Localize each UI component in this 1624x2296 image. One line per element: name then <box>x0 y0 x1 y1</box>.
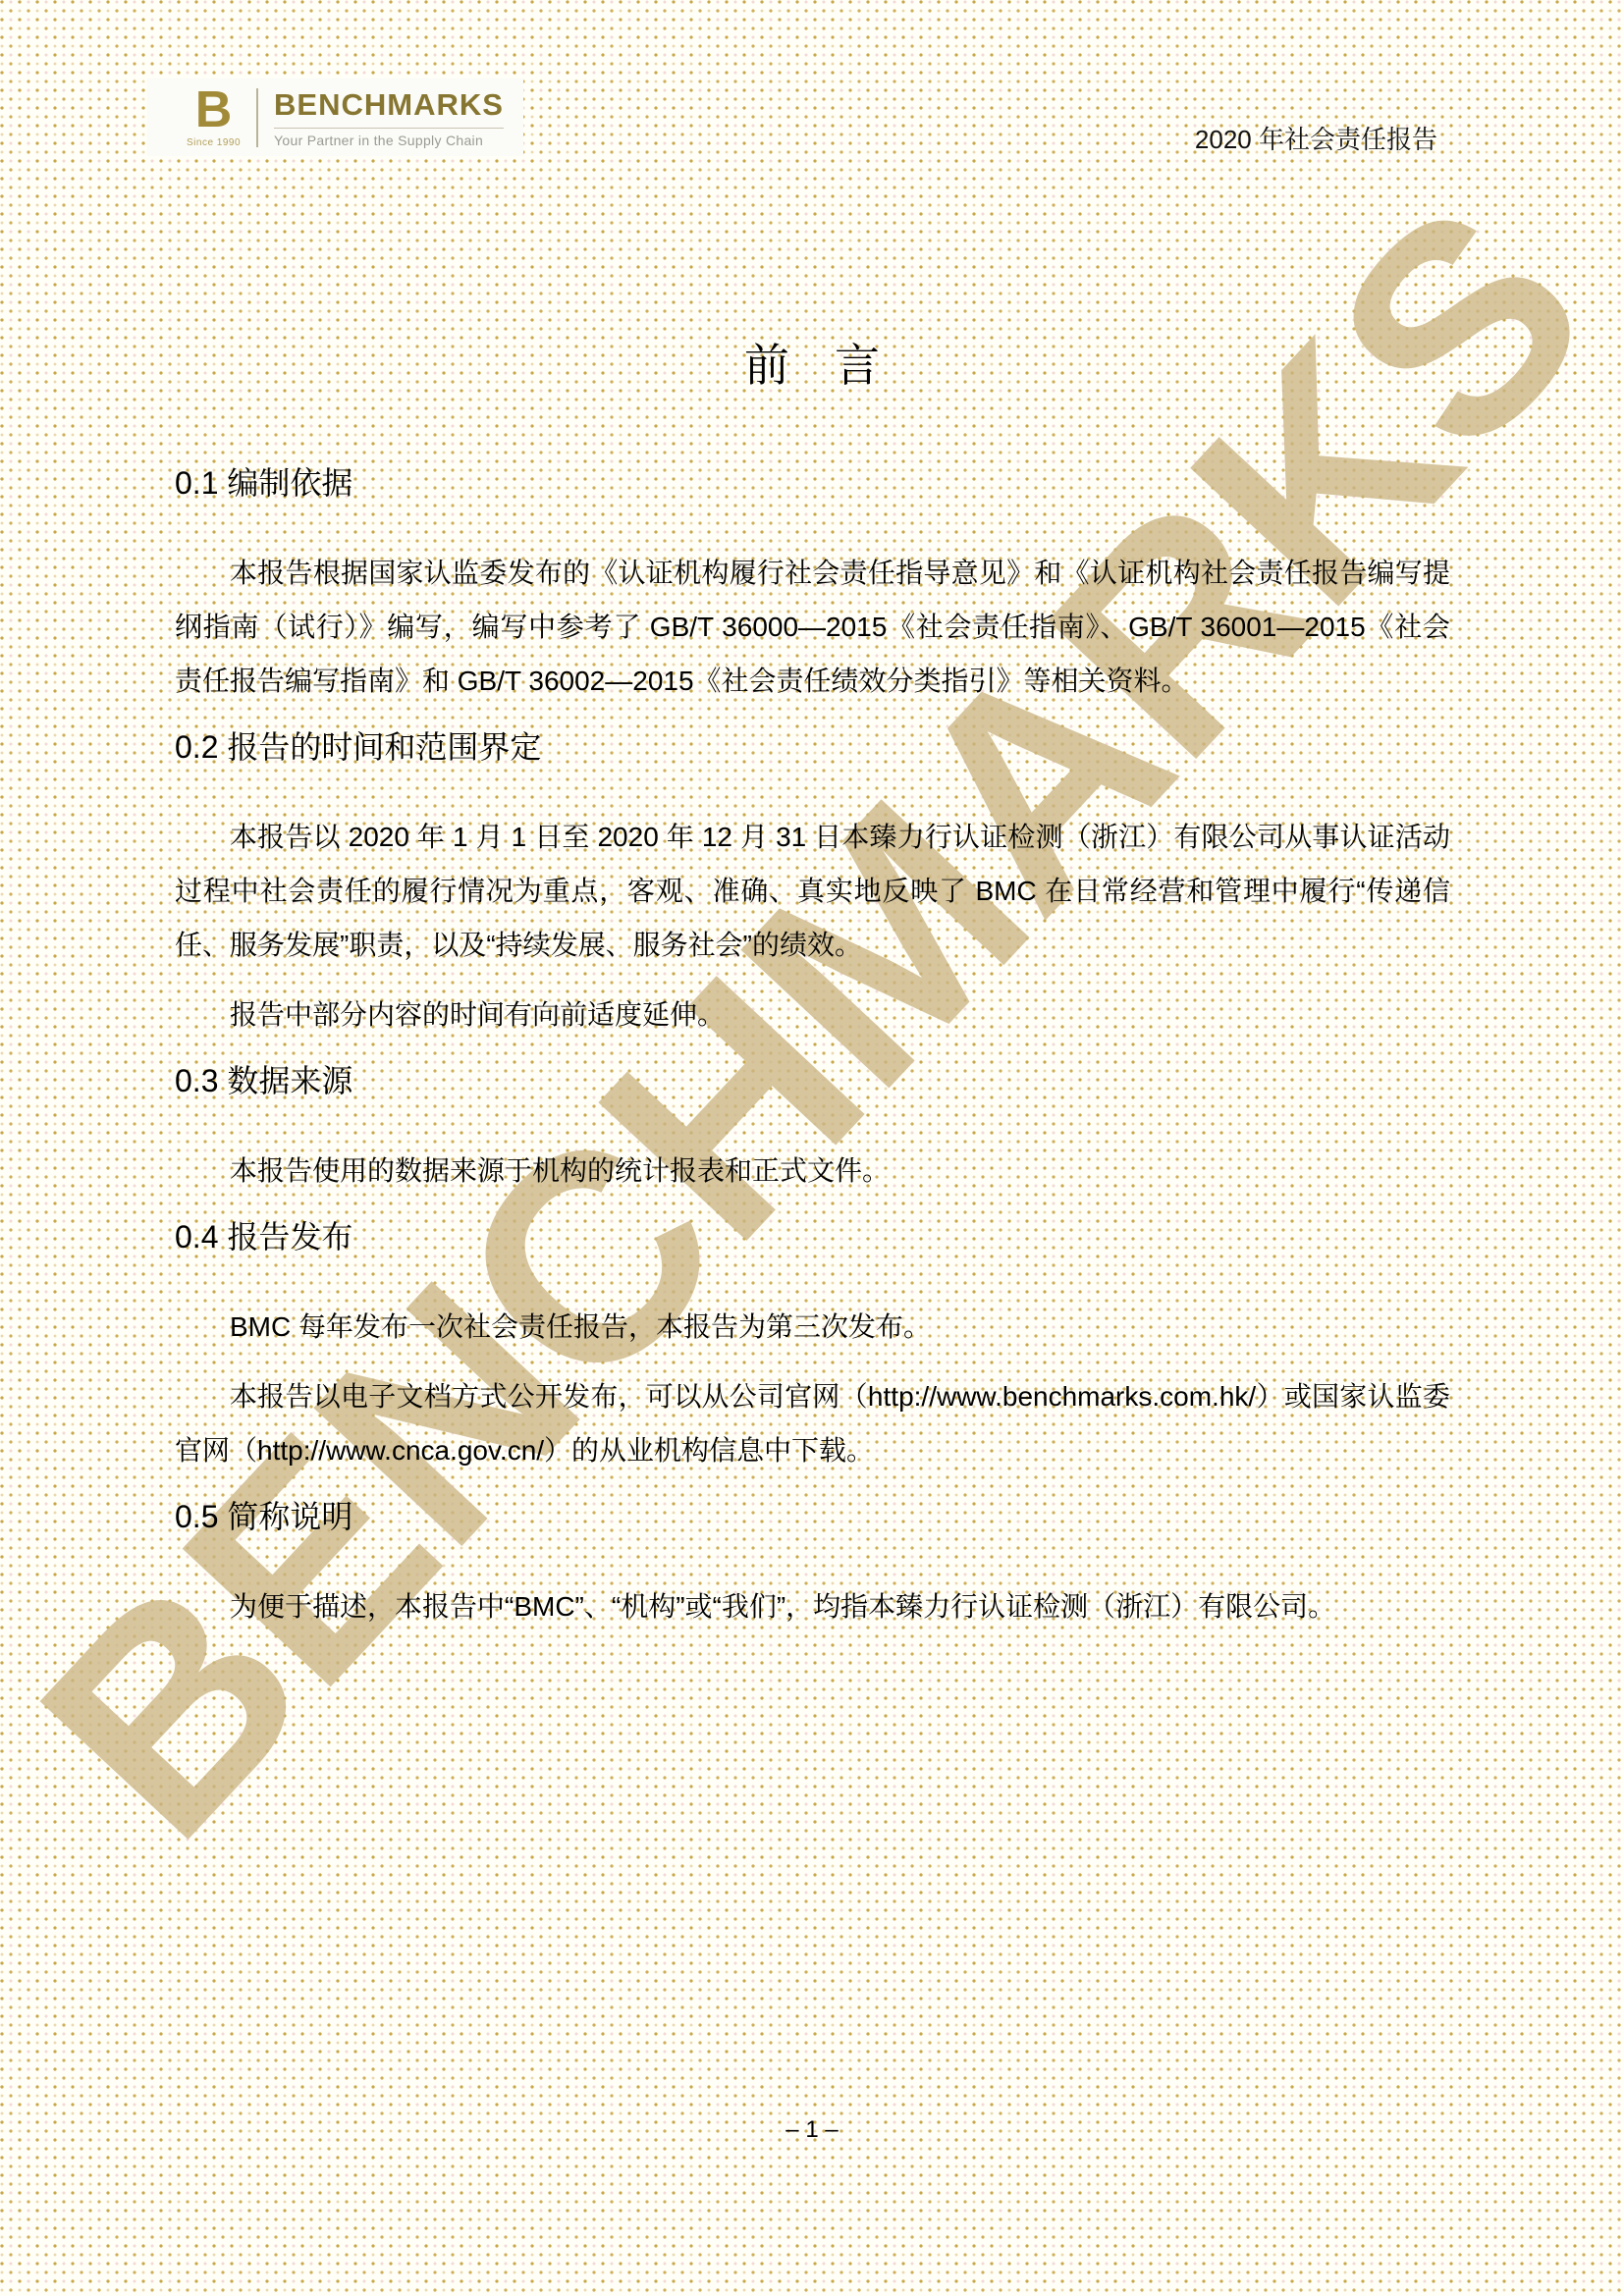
section-0-5: 0.5 简称说明 为便于描述，本报告中“BMC”、“机构”或“我们”，均指本臻力… <box>175 1495 1450 1633</box>
logo-tagline: Your Partner in the Supply Chain <box>274 133 504 148</box>
section-heading: 0.1 编制依据 <box>175 461 1450 505</box>
paragraph: 本报告以 2020 年 1 月 1 日至 2020 年 12 月 31 日本臻力… <box>175 810 1450 972</box>
preface-content: 0.1 编制依据 本报告根据国家认监委发布的《认证机构履行社会责任指导意见》和《… <box>175 461 1450 1651</box>
benchmarks-logo: B Since 1990 BENCHMARKS Your Partner in … <box>147 79 523 156</box>
section-0-1: 0.1 编制依据 本报告根据国家认监委发布的《认证机构履行社会责任指导意见》和《… <box>175 461 1450 708</box>
report-page: BENCHMARKS B Since 1990 BENCHMARKS Your … <box>0 0 1624 2296</box>
paragraph: 为便于描述，本报告中“BMC”、“机构”或“我们”，均指本臻力行认证检测（浙江）… <box>175 1579 1450 1633</box>
section-0-2: 0.2 报告的时间和范围界定 本报告以 2020 年 1 月 1 日至 2020… <box>175 725 1450 1041</box>
logo-divider <box>256 88 258 147</box>
paragraph: BMC 每年发布一次社会责任报告，本报告为第三次发布。 <box>175 1300 1450 1354</box>
section-heading: 0.4 报告发布 <box>175 1215 1450 1258</box>
logo-rule <box>274 128 504 129</box>
paragraph: 报告中部分内容的时间有向前适度延伸。 <box>175 988 1450 1041</box>
logo-brand-name: BENCHMARKS <box>274 87 504 123</box>
page-number: – 1 – <box>0 2116 1624 2144</box>
section-0-4: 0.4 报告发布 BMC 每年发布一次社会责任报告，本报告为第三次发布。 本报告… <box>175 1215 1450 1477</box>
logo-mark-column: B Since 1990 <box>187 86 241 148</box>
paragraph: 本报告使用的数据来源于机构的统计报表和正式文件。 <box>175 1144 1450 1198</box>
logo-text-column: BENCHMARKS Your Partner in the Supply Ch… <box>274 87 504 148</box>
paragraph: 本报告根据国家认监委发布的《认证机构履行社会责任指导意见》和《认证机构社会责任报… <box>175 546 1450 708</box>
section-0-3: 0.3 数据来源 本报告使用的数据来源于机构的统计报表和正式文件。 <box>175 1059 1450 1198</box>
section-heading: 0.2 报告的时间和范围界定 <box>175 725 1450 769</box>
page-title: 前 言 <box>0 330 1624 395</box>
logo-since-label: Since 1990 <box>187 137 241 148</box>
paragraph: 本报告以电子文档方式公开发布，可以从公司官网（http://www.benchm… <box>175 1369 1450 1477</box>
header-report-title: 2020 年社会责任报告 <box>1195 120 1437 156</box>
section-heading: 0.3 数据来源 <box>175 1059 1450 1102</box>
benchmarks-b-mark-icon: B <box>195 86 233 134</box>
section-heading: 0.5 简称说明 <box>175 1495 1450 1538</box>
